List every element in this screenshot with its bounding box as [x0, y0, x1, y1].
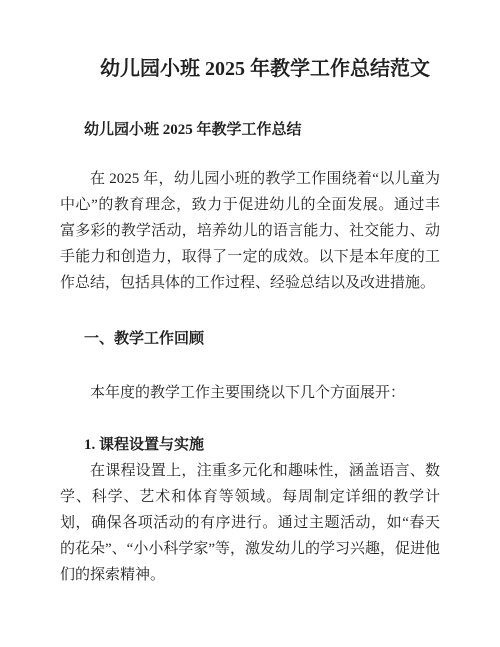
subsection-1-heading: 1. 课程设置与实施: [60, 432, 440, 458]
section-1-lead-paragraph: 本年度的教学工作主要围绕以下几个方面展开：: [60, 380, 440, 406]
section-1-heading: 一、教学工作回顾: [60, 326, 440, 352]
document-subtitle: 幼儿园小班 2025 年教学工作总结: [60, 120, 440, 140]
document-title: 幼儿园小班 2025 年教学工作总结范文: [60, 56, 440, 82]
subsection-1-body-paragraph: 在课程设置上，注重多元化和趣味性，涵盖语言、数学、科学、艺术和体育等领域。每周制…: [60, 458, 440, 588]
intro-paragraph: 在 2025 年，幼儿园小班的教学工作围绕着“以儿童为中心”的教育理念，致力于促…: [60, 166, 440, 296]
document-page: 幼儿园小班 2025 年教学工作总结范文 幼儿园小班 2025 年教学工作总结 …: [0, 0, 500, 647]
